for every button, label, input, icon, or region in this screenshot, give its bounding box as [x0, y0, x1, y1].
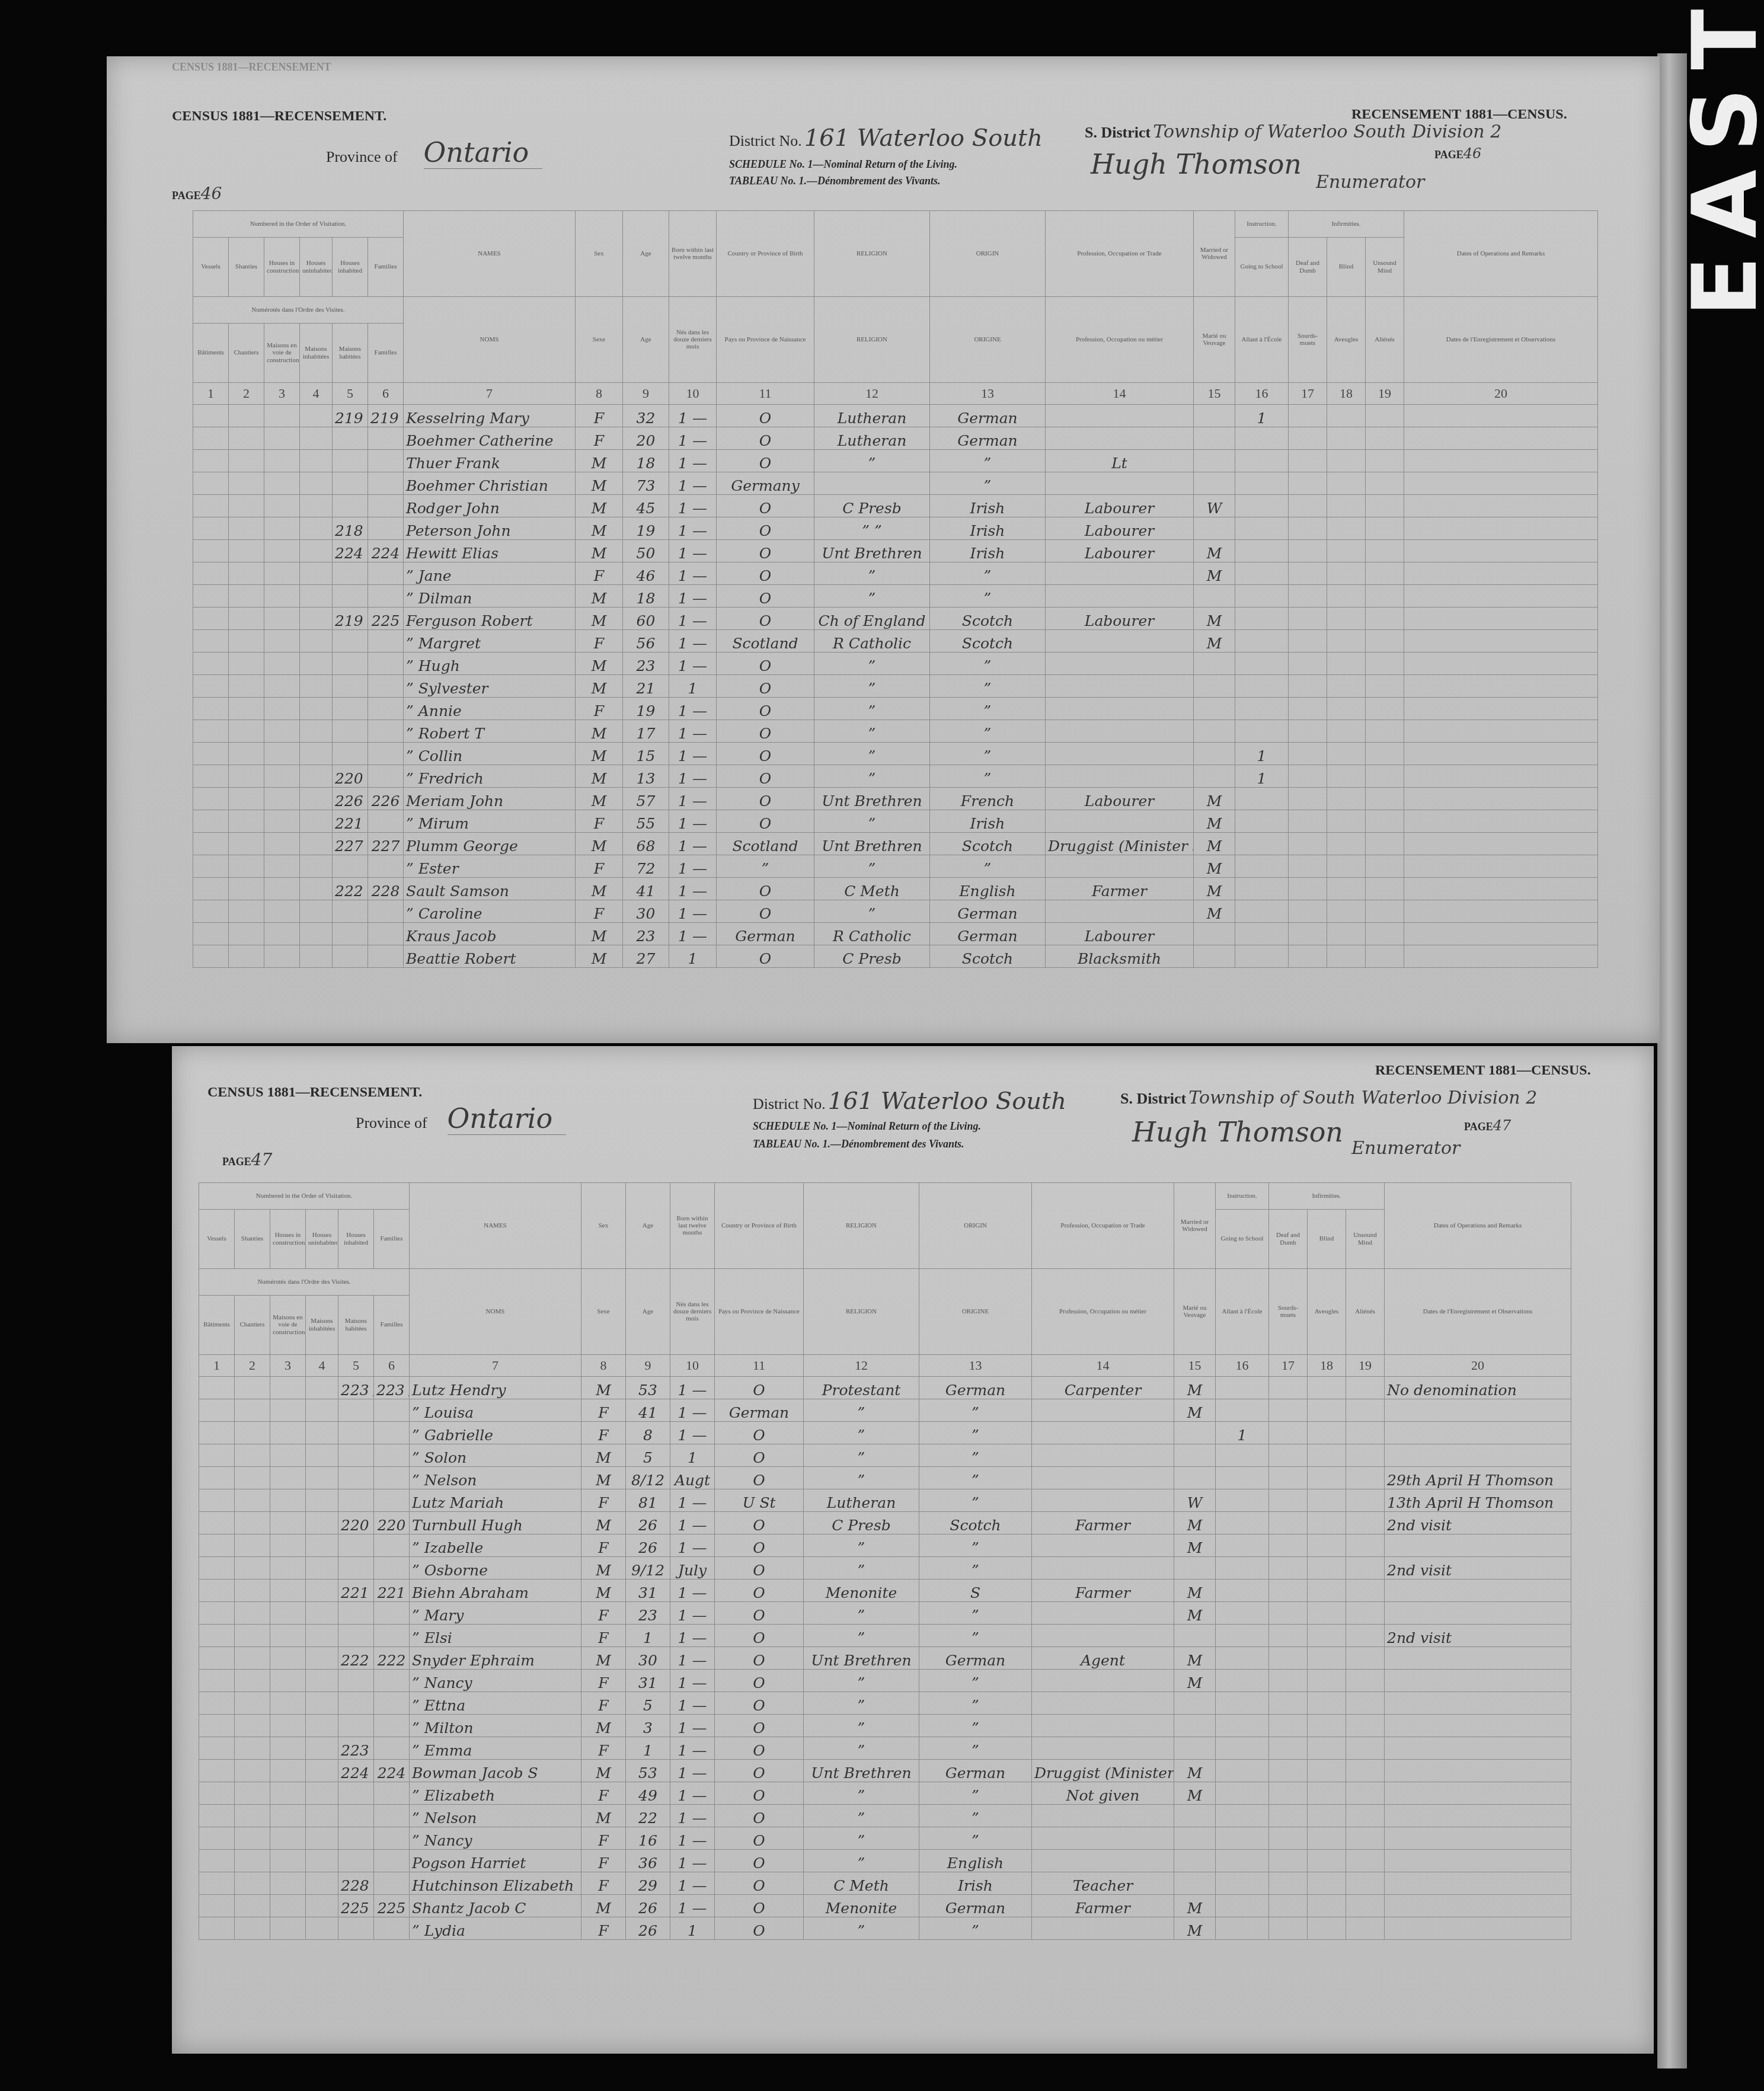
col-header-shanties: Shanties	[235, 1210, 270, 1269]
census-row: 222 222 / 228228Sault SamsonM411 —OC Met…	[193, 878, 1598, 900]
family-number	[374, 1692, 410, 1715]
empty-cell	[1269, 1625, 1308, 1647]
school-value: 1	[1216, 1422, 1269, 1444]
family-number	[374, 1489, 410, 1512]
religion-value: C Presb	[804, 1512, 919, 1534]
empty-cell	[300, 495, 333, 517]
person-name: ” Nancy	[410, 1827, 581, 1850]
empty-cell	[235, 1917, 270, 1940]
empty-cell	[193, 630, 229, 653]
empty-cell	[264, 833, 300, 855]
occupation-value	[1032, 1422, 1174, 1444]
marital-status: M	[1174, 1895, 1216, 1917]
remarks-value	[1404, 855, 1598, 878]
census-row: ” EttnaF51 —O””	[199, 1692, 1571, 1715]
empty-cell	[1346, 1670, 1385, 1692]
marital-status	[1194, 945, 1235, 968]
col-number: 4	[306, 1355, 338, 1377]
empty-cell	[1346, 1715, 1385, 1737]
sex-value: F	[581, 1422, 626, 1444]
subdistrict-field: S. District Township of Waterloo South D…	[1085, 122, 1501, 142]
empty-cell	[199, 1917, 235, 1940]
family-number	[368, 585, 404, 608]
origin-value: German	[930, 900, 1046, 923]
page-number-value: 46	[1463, 145, 1482, 162]
religion-value: ”	[814, 720, 930, 743]
empty-cell	[1327, 945, 1366, 968]
remarks-value	[1385, 1827, 1571, 1850]
person-name: ” Fredrich	[404, 765, 576, 788]
empty-cell	[300, 900, 333, 923]
census-title-right: RECENSEMENT 1881—CENSUS.	[1351, 107, 1567, 123]
census-row: 222 222222Snyder EphraimM301 —OUnt Breth…	[199, 1647, 1571, 1670]
empty-cell	[1366, 675, 1404, 698]
empty-cell	[235, 1872, 270, 1895]
person-name: Kraus Jacob	[404, 923, 576, 945]
birthplace-value: Scotland	[717, 833, 814, 855]
sex-value: M	[581, 1580, 626, 1602]
group-header-infirmities: Infirmities.	[1289, 211, 1404, 238]
empty-cell	[300, 743, 333, 765]
empty-cell	[270, 1917, 306, 1940]
sex-value: M	[576, 945, 623, 968]
empty-cell	[1308, 1692, 1346, 1715]
person-name: ” Sylvester	[404, 675, 576, 698]
col-header-origin-fr: ORIGINE	[930, 297, 1046, 383]
census-row: Rodger JohnM451 —OC PresbIrishLabourerW	[193, 495, 1598, 517]
empty-cell	[199, 1760, 235, 1782]
dwelling-number	[333, 562, 368, 585]
col-header-religion: RELIGION	[814, 211, 930, 297]
occupation-value: Labourer	[1046, 788, 1194, 810]
col-number: 8	[581, 1355, 626, 1377]
occupation-value	[1032, 1602, 1174, 1625]
empty-cell	[199, 1670, 235, 1692]
person-name: Pogson Harriet	[410, 1850, 581, 1872]
empty-cell	[1366, 788, 1404, 810]
census-row: ” NelsonM221 —O””	[199, 1805, 1571, 1827]
age-value: 26	[626, 1534, 670, 1557]
page-number-left: PAGE47	[222, 1150, 272, 1169]
remarks-value	[1385, 1602, 1571, 1625]
empty-cell	[199, 1422, 235, 1444]
sex-value: F	[576, 630, 623, 653]
remarks-value	[1404, 788, 1598, 810]
remarks-value	[1404, 495, 1598, 517]
empty-cell	[193, 653, 229, 675]
birthplace-value: O	[717, 562, 814, 585]
occupation-value	[1046, 743, 1194, 765]
empty-cell	[1366, 765, 1404, 788]
origin-value: ”	[930, 562, 1046, 585]
family-number	[374, 1444, 410, 1467]
sex-value: M	[576, 472, 623, 495]
col-header-maisons-inhabitees: Maisons inhabitées	[306, 1296, 338, 1355]
dwelling-number	[338, 1805, 374, 1827]
born-within-year: 1 —	[670, 1692, 715, 1715]
age-value: 23	[623, 923, 669, 945]
dwelling-number	[338, 1602, 374, 1625]
empty-cell	[1289, 540, 1327, 562]
origin-value: ”	[930, 450, 1046, 472]
empty-cell	[306, 1602, 338, 1625]
schedule-title-en: SCHEDULE No. 1—Nominal Return of the Liv…	[729, 158, 957, 171]
age-value: 16	[626, 1827, 670, 1850]
empty-cell	[235, 1805, 270, 1827]
marital-status	[1194, 720, 1235, 743]
empty-cell	[1346, 1467, 1385, 1489]
occupation-value: Not given	[1032, 1782, 1174, 1805]
empty-cell	[300, 653, 333, 675]
census-title-left: CENSUS 1881—RECENSEMENT.	[207, 1085, 422, 1101]
empty-cell	[270, 1534, 306, 1557]
empty-cell	[264, 788, 300, 810]
origin-value: Scotch	[930, 945, 1046, 968]
marital-status: M	[1174, 1917, 1216, 1940]
origin-value: German	[919, 1647, 1032, 1670]
empty-cell	[229, 675, 264, 698]
school-value	[1216, 1715, 1269, 1737]
census-row: 224 224224Bowman Jacob SM531 —OUnt Breth…	[199, 1760, 1571, 1782]
school-value	[1235, 517, 1289, 540]
sex-value: F	[581, 1534, 626, 1557]
empty-cell	[306, 1917, 338, 1940]
dwelling-number	[333, 653, 368, 675]
marital-status	[1194, 517, 1235, 540]
dwelling-number: 222 222	[338, 1647, 374, 1670]
family-number: 222	[374, 1647, 410, 1670]
empty-cell	[300, 585, 333, 608]
occupation-value: Farmer	[1046, 878, 1194, 900]
col-header-birthplace: Country or Province of Birth	[715, 1183, 804, 1269]
empty-cell	[1289, 675, 1327, 698]
col-number: 5	[333, 383, 368, 405]
group-header-fr: Numérotés dans l'Ordre des Visites.	[193, 297, 404, 324]
remarks-value	[1404, 450, 1598, 472]
birthplace-value: O	[717, 450, 814, 472]
empty-cell	[229, 608, 264, 630]
empty-cell	[306, 1827, 338, 1850]
col-header-deaf-fr: Sourds-muets	[1289, 297, 1327, 383]
empty-cell	[264, 900, 300, 923]
age-value: 20	[623, 427, 669, 450]
birthplace-value: O	[717, 405, 814, 427]
religion-value: ”	[804, 1917, 919, 1940]
col-header-blind-fr: Aveugles	[1308, 1269, 1346, 1355]
empty-cell	[229, 743, 264, 765]
remarks-value	[1404, 810, 1598, 833]
person-name: ” Solon	[410, 1444, 581, 1467]
remarks-value	[1404, 900, 1598, 923]
empty-cell	[1327, 878, 1366, 900]
occupation-value	[1046, 698, 1194, 720]
census-row: Beattie RobertM271OC PresbScotchBlacksmi…	[193, 945, 1598, 968]
empty-cell	[1366, 630, 1404, 653]
empty-cell	[235, 1850, 270, 1872]
origin-value: German	[930, 923, 1046, 945]
empty-cell	[1327, 833, 1366, 855]
col-number: 1	[193, 383, 229, 405]
dwelling-number	[338, 1399, 374, 1422]
empty-cell	[1308, 1534, 1346, 1557]
empty-cell	[1327, 427, 1366, 450]
empty-cell	[264, 743, 300, 765]
occupation-value: Carpenter	[1032, 1377, 1174, 1399]
marital-status: M	[1194, 833, 1235, 855]
col-header-names: NAMES	[404, 211, 576, 297]
person-name: Boehmer Christian	[404, 472, 576, 495]
age-value: 72	[623, 855, 669, 878]
empty-cell	[300, 472, 333, 495]
col-number: 12	[814, 383, 930, 405]
school-value	[1235, 427, 1289, 450]
empty-cell	[264, 495, 300, 517]
remarks-value	[1404, 472, 1598, 495]
age-value: 23	[626, 1602, 670, 1625]
occupation-value	[1032, 1715, 1174, 1737]
empty-cell	[306, 1377, 338, 1399]
birthplace-value: O	[717, 720, 814, 743]
col-header-religion-fr: RELIGION	[814, 297, 930, 383]
family-number	[374, 1782, 410, 1805]
census-row: 221 221” MirumF551 —O”IrishM	[193, 810, 1598, 833]
person-name: ” Lydia	[410, 1917, 581, 1940]
age-value: 13	[623, 765, 669, 788]
empty-cell	[300, 517, 333, 540]
family-number: 228	[368, 878, 404, 900]
empty-cell	[1327, 450, 1366, 472]
empty-cell	[270, 1647, 306, 1670]
dwelling-number	[338, 1692, 374, 1715]
empty-cell	[300, 720, 333, 743]
school-value	[1235, 788, 1289, 810]
religion-value: Ch of England	[814, 608, 930, 630]
empty-cell	[306, 1534, 338, 1557]
school-value	[1235, 608, 1289, 630]
marital-status: M	[1194, 810, 1235, 833]
empty-cell	[1327, 653, 1366, 675]
religion-value: ”	[804, 1692, 919, 1715]
empty-cell	[264, 653, 300, 675]
empty-cell	[1269, 1737, 1308, 1760]
family-number: 224	[374, 1760, 410, 1782]
school-value	[1235, 630, 1289, 653]
col-header-birthplace: Country or Province of Birth	[717, 211, 814, 297]
province-field: Province of Ontario	[356, 1102, 566, 1135]
age-value: 17	[623, 720, 669, 743]
empty-cell	[199, 1512, 235, 1534]
birthplace-value: O	[717, 608, 814, 630]
religion-value: ”	[804, 1805, 919, 1827]
empty-cell	[1327, 517, 1366, 540]
school-value	[1235, 855, 1289, 878]
census-row: 220 220” FredrichM131 —O””1	[193, 765, 1598, 788]
birthplace-value: O	[715, 1422, 804, 1444]
birthplace-value: O	[717, 878, 814, 900]
remarks-value	[1404, 427, 1598, 450]
marital-status: M	[1174, 1534, 1216, 1557]
birthplace-value: O	[717, 810, 814, 833]
empty-cell	[199, 1872, 235, 1895]
dwelling-number	[338, 1467, 374, 1489]
empty-cell	[235, 1895, 270, 1917]
origin-value: ”	[919, 1782, 1032, 1805]
family-number	[374, 1625, 410, 1647]
empty-cell	[1269, 1782, 1308, 1805]
empty-cell	[300, 698, 333, 720]
empty-cell	[306, 1422, 338, 1444]
empty-cell	[1269, 1377, 1308, 1399]
empty-cell	[235, 1467, 270, 1489]
religion-value: ”	[814, 653, 930, 675]
schedule-title-fr: TABLEAU No. 1.—Dénombrement des Vivants.	[729, 175, 941, 187]
remarks-value	[1404, 833, 1598, 855]
empty-cell	[193, 765, 229, 788]
empty-cell	[1269, 1512, 1308, 1534]
sex-value: F	[576, 562, 623, 585]
remarks-value	[1385, 1895, 1571, 1917]
school-value	[1216, 1512, 1269, 1534]
empty-cell	[235, 1422, 270, 1444]
age-value: 41	[626, 1399, 670, 1422]
occupation-value: Labourer	[1046, 608, 1194, 630]
empty-cell	[1308, 1444, 1346, 1467]
person-name: ” Dilman	[404, 585, 576, 608]
col-header-families: Families	[374, 1210, 410, 1269]
empty-cell	[199, 1715, 235, 1737]
empty-cell	[306, 1692, 338, 1715]
empty-cell	[1346, 1444, 1385, 1467]
empty-cell	[199, 1647, 235, 1670]
school-value	[1216, 1534, 1269, 1557]
school-value	[1216, 1647, 1269, 1670]
born-within-year: 1 —	[669, 472, 717, 495]
birthplace-value: O	[715, 1377, 804, 1399]
family-number	[374, 1670, 410, 1692]
school-value	[1216, 1872, 1269, 1895]
religion-value: ”	[814, 855, 930, 878]
col-header-unsound-fr: Aliénés	[1346, 1269, 1385, 1355]
empty-cell	[199, 1737, 235, 1760]
family-number	[368, 765, 404, 788]
col-header-houses-inhabited: Houses inhabited	[338, 1210, 374, 1269]
religion-value: C Meth	[814, 878, 930, 900]
empty-cell	[1289, 653, 1327, 675]
schedule-title-en: SCHEDULE No. 1—Nominal Return of the Liv…	[753, 1120, 981, 1133]
empty-cell	[1269, 1467, 1308, 1489]
born-within-year: 1 —	[669, 810, 717, 833]
origin-value: German	[919, 1895, 1032, 1917]
col-header-maisons-inhabitees: Maisons inhabitées	[300, 324, 333, 383]
religion-value	[814, 472, 930, 495]
empty-cell	[306, 1444, 338, 1467]
empty-cell	[1366, 517, 1404, 540]
col-header-origin: ORIGIN	[919, 1183, 1032, 1269]
birthplace-value: Scotland	[717, 630, 814, 653]
marital-status	[1174, 1715, 1216, 1737]
col-number: 8	[576, 383, 623, 405]
sex-value: M	[581, 1377, 626, 1399]
origin-value: ”	[919, 1444, 1032, 1467]
column-number-row: 1 2 3 4 5 6 7 8 9 10 11 12 13 14 15 16 1	[193, 383, 1598, 405]
birthplace-value: O	[715, 1625, 804, 1647]
born-within-year: 1 —	[670, 1377, 715, 1399]
born-within-year: 1	[670, 1444, 715, 1467]
religion-value: ”	[804, 1737, 919, 1760]
sex-value: F	[576, 698, 623, 720]
sex-value: F	[581, 1489, 626, 1512]
origin-value: English	[930, 878, 1046, 900]
person-name: ” Robert T	[404, 720, 576, 743]
empty-cell	[229, 833, 264, 855]
group-header-en: Numbered in the Order of Visitation.	[199, 1183, 410, 1210]
marital-status: M	[1194, 562, 1235, 585]
empty-cell	[1269, 1580, 1308, 1602]
empty-cell	[300, 562, 333, 585]
birthplace-value: O	[715, 1737, 804, 1760]
family-number: 227	[368, 833, 404, 855]
empty-cell	[264, 698, 300, 720]
remarks-value	[1404, 405, 1598, 427]
remarks-value	[1404, 698, 1598, 720]
census-row: ” IzabelleF261 —O””M	[199, 1534, 1571, 1557]
dwelling-number	[333, 698, 368, 720]
empty-cell	[193, 517, 229, 540]
religion-value: ”	[804, 1715, 919, 1737]
marital-status: W	[1194, 495, 1235, 517]
column-number-row: 1 2 3 4 5 6 7 8 9 10 11 12 13 14 15 16 1	[199, 1355, 1571, 1377]
family-number	[374, 1399, 410, 1422]
census-row: ” AnnieF191 —O””	[193, 698, 1598, 720]
school-value	[1216, 1827, 1269, 1850]
empty-cell	[270, 1602, 306, 1625]
empty-cell	[1366, 472, 1404, 495]
col-header-deaf-fr: Sourds-muets	[1269, 1269, 1308, 1355]
dwelling-number	[333, 472, 368, 495]
district-value: 161 Waterloo South	[828, 1088, 1066, 1115]
empty-cell	[199, 1489, 235, 1512]
empty-cell	[1269, 1850, 1308, 1872]
occupation-value	[1032, 1737, 1174, 1760]
census-row: ” JaneF461 —O””M	[193, 562, 1598, 585]
dwelling-number: 227 227	[333, 833, 368, 855]
origin-value: Scotch	[930, 608, 1046, 630]
marital-status	[1174, 1467, 1216, 1489]
empty-cell	[1308, 1467, 1346, 1489]
col-header-families: Families	[368, 238, 404, 297]
person-name: ” Ettna	[410, 1692, 581, 1715]
origin-value: ”	[919, 1557, 1032, 1580]
empty-cell	[1308, 1760, 1346, 1782]
empty-cell	[199, 1625, 235, 1647]
family-number: 220	[374, 1512, 410, 1534]
birthplace-value: O	[717, 765, 814, 788]
occupation-value	[1032, 1534, 1174, 1557]
sex-value: F	[581, 1917, 626, 1940]
person-name: Sault Samson	[404, 878, 576, 900]
sex-value: M	[581, 1805, 626, 1827]
empty-cell	[235, 1377, 270, 1399]
school-value	[1235, 900, 1289, 923]
empty-cell	[1366, 450, 1404, 472]
person-name: ” Collin	[404, 743, 576, 765]
religion-value: Protestant	[804, 1377, 919, 1399]
age-value: 36	[626, 1850, 670, 1872]
remarks-value	[1385, 1737, 1571, 1760]
occupation-value	[1032, 1917, 1174, 1940]
person-name: ” Annie	[404, 698, 576, 720]
empty-cell	[300, 540, 333, 562]
